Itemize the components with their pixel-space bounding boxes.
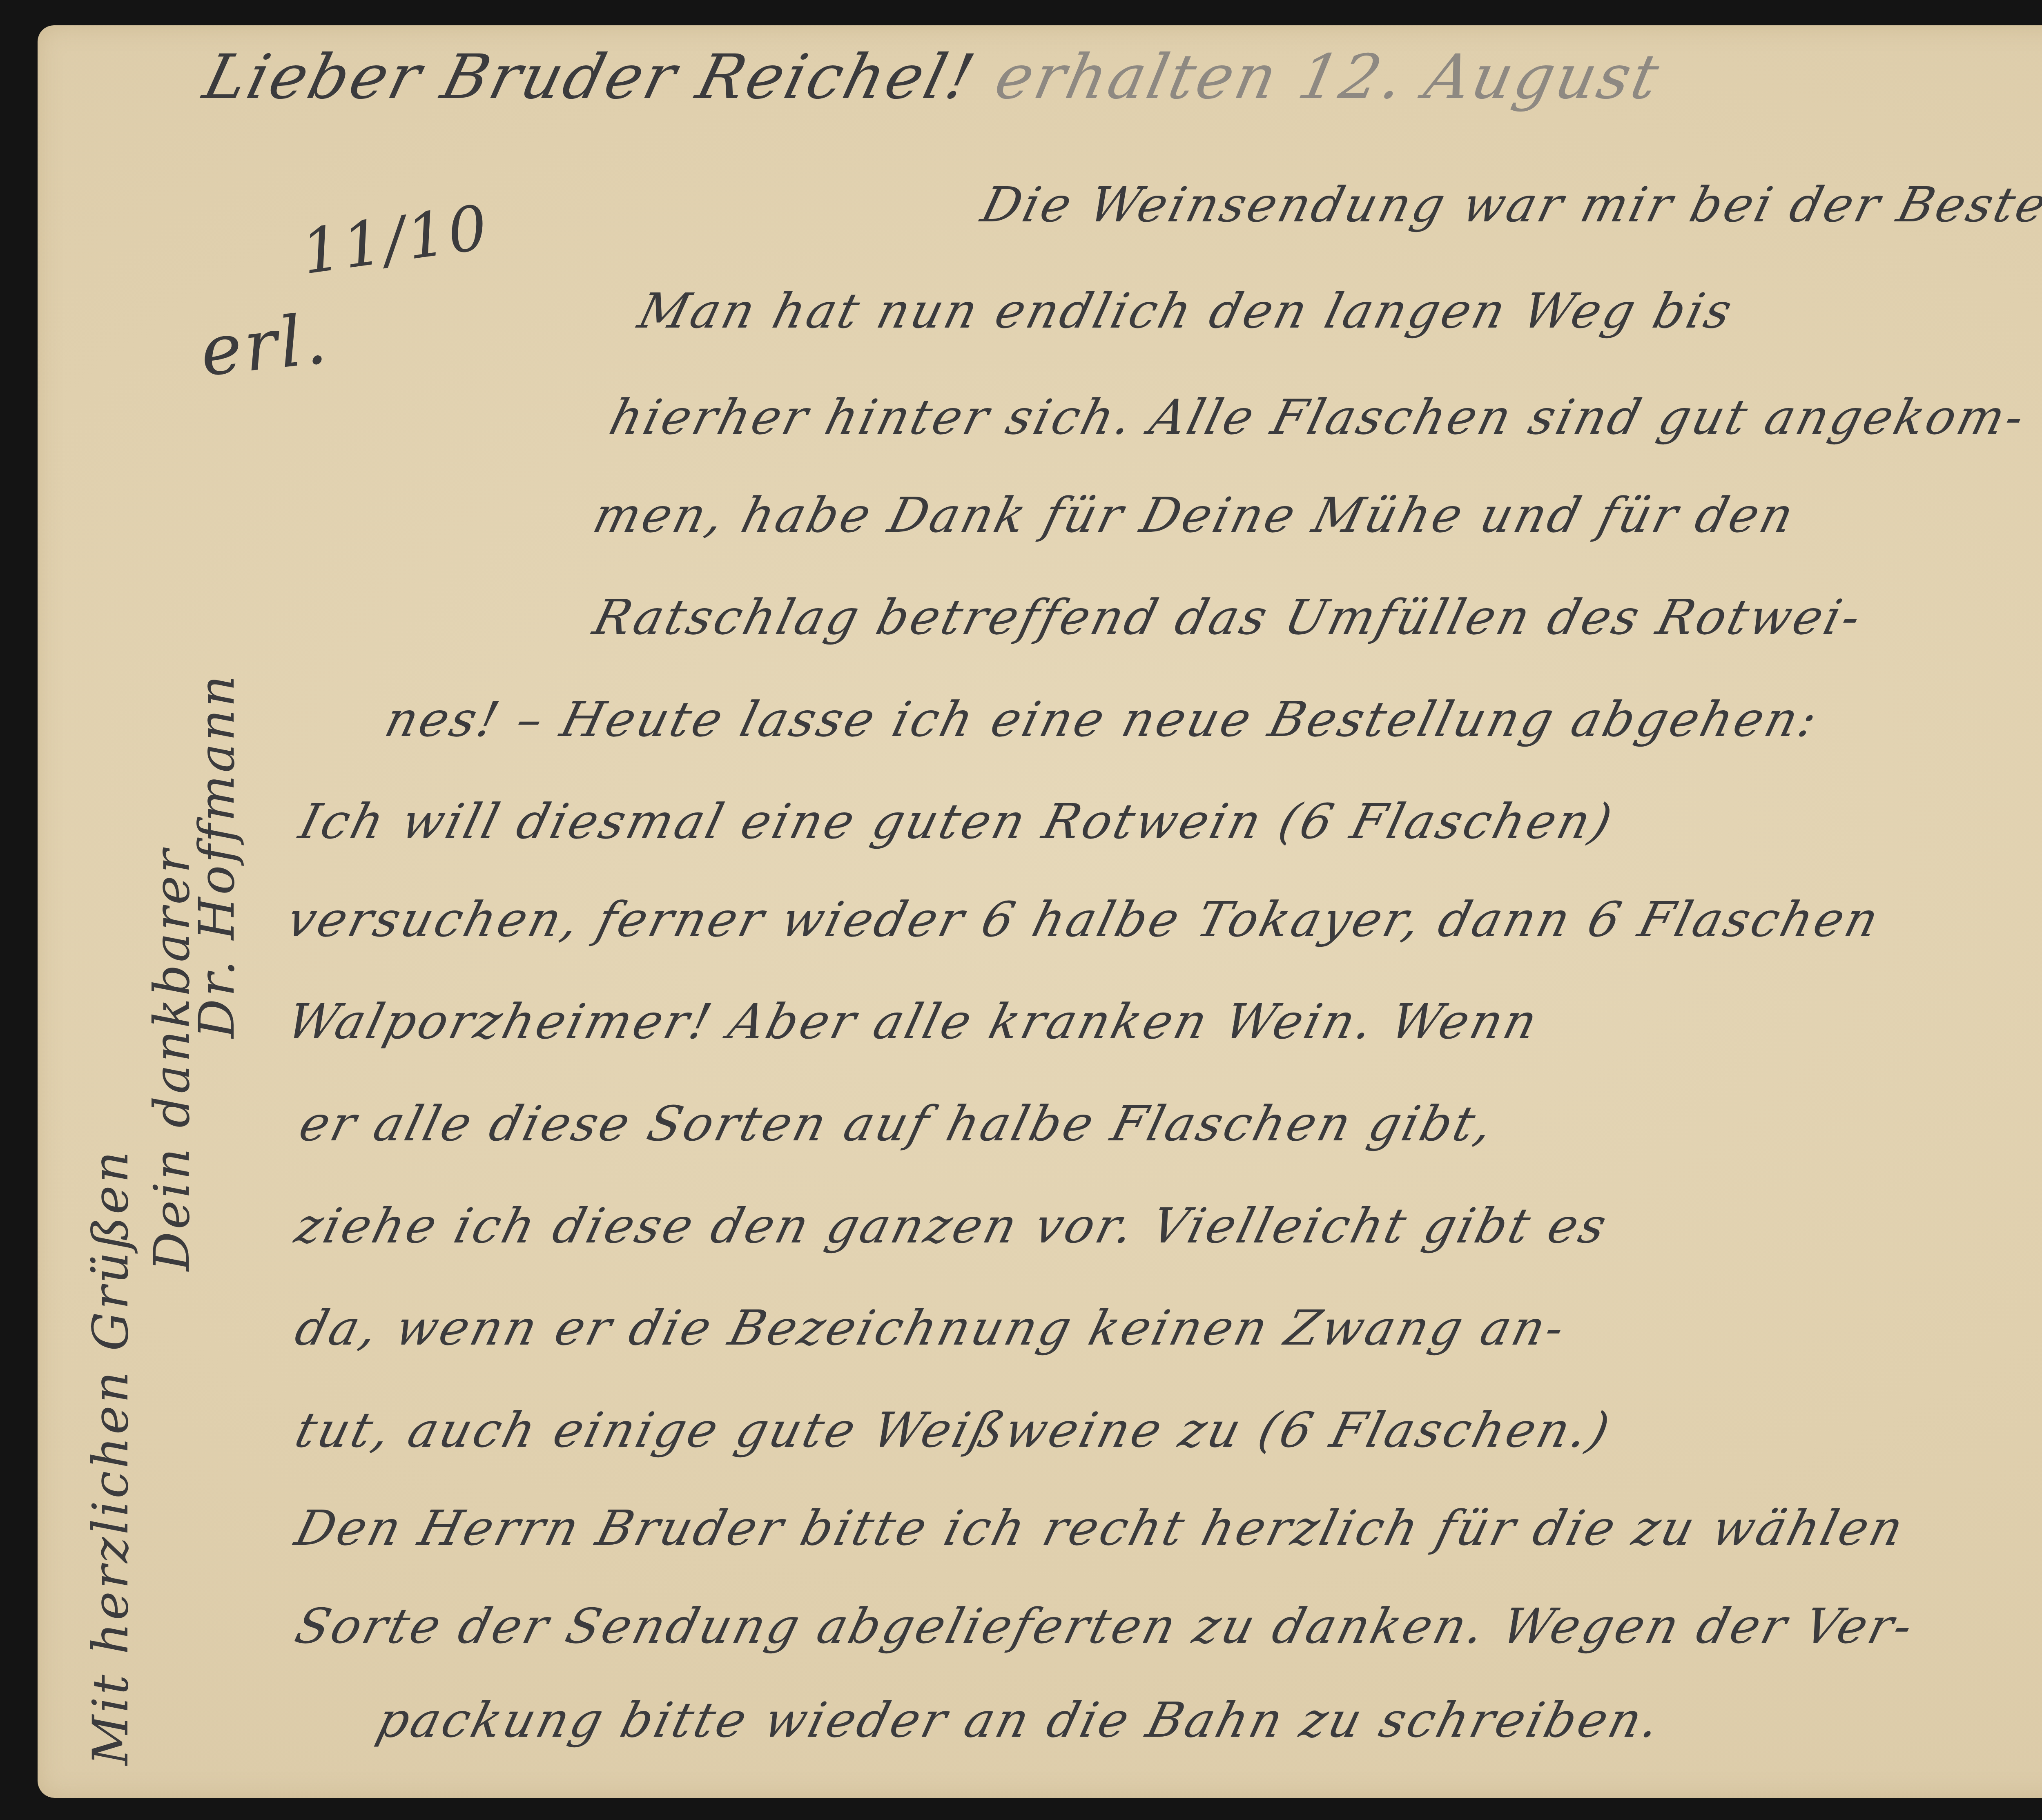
body-line-12: da, wenn er die Bezeichnung keinen Zwang…: [291, 1304, 1571, 1352]
margin-note-line-1: Mit herzlichen Grüßen: [82, 1149, 139, 1765]
body-line-1: Die Weinsendung war mir bei der Bestellu…: [977, 181, 2042, 229]
body-line-8: versuchen, ferner wieder 6 halbe Tokayer…: [283, 895, 1886, 943]
body-line-14: Den Herrn Bruder bitte ich recht herzlic…: [291, 1504, 1910, 1552]
body-line-15: Sorte der Sendung abgelieferten zu danke…: [291, 1602, 1919, 1650]
body-line-10: er alle diese Sorten auf halbe Flaschen …: [295, 1100, 1500, 1148]
pencil-received-note: erhalten 12. August: [989, 42, 1667, 113]
corner-note-date: 11/10: [297, 192, 494, 288]
body-line-4: men, habe Dank für Deine Mühe und für de…: [589, 491, 1801, 539]
body-line-5: Ratschlag betreffend das Umfüllen des Ro…: [589, 593, 1868, 641]
corner-note-initials: erl.: [196, 298, 332, 392]
body-line-3: hierher hinter sich. Alle Flaschen sind …: [605, 393, 2031, 441]
salutation: Lieber Bruder Reichel!: [197, 42, 983, 113]
body-line-13: tut, auch einige gute Weißweine zu (6 Fl…: [291, 1406, 1616, 1454]
postcard: erhalten 12. August Lieber Bruder Reiche…: [38, 25, 2042, 1798]
margin-note-line-3: Dr. Hoffmann: [189, 673, 245, 1038]
body-line-6: nes! – Heute lasse ich eine neue Bestell…: [381, 695, 1824, 743]
body-line-16: packung bitte wieder an die Bahn zu schr…: [372, 1696, 1667, 1744]
body-line-11: ziehe ich diese den ganzen vor. Vielleic…: [291, 1202, 1613, 1250]
body-line-7: Ich will diesmal eine guten Rotwein (6 F…: [295, 797, 1619, 845]
body-line-9: Walporzheimer! Aber alle kranken Wein. W…: [283, 997, 1544, 1046]
body-line-2: Man hat nun endlich den langen Weg bis: [634, 287, 1739, 335]
